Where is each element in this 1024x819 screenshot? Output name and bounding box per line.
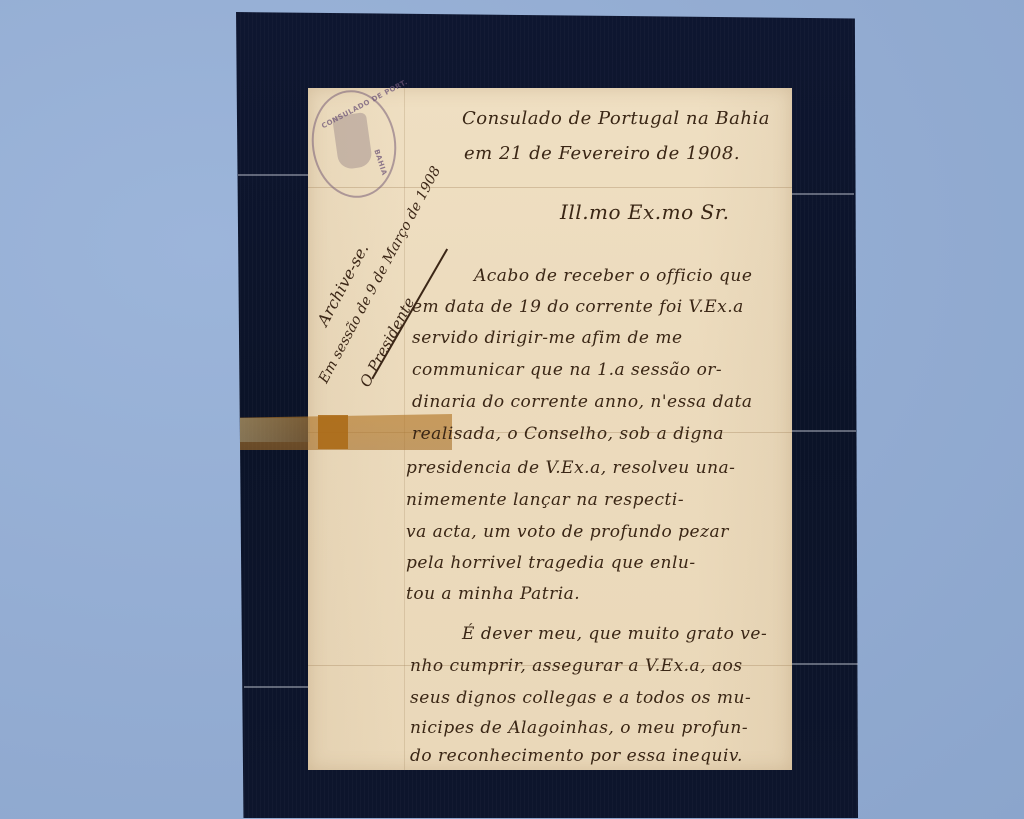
letter-body-line: servido dirigir-me afim de me bbox=[412, 328, 683, 348]
letter-body-line: presidencia de V.Ex.a, resolveu una- bbox=[406, 458, 735, 478]
mat-crease-top-left bbox=[238, 174, 308, 176]
letter-body-line: em data de 19 do corrente foi V.Ex.a bbox=[412, 297, 744, 317]
mat-crease-bottom-right bbox=[792, 663, 858, 665]
letter-body-line: realisada, o Conselho, sob a digna bbox=[412, 424, 724, 444]
letter-body-line: nho cumprir, assegurar a V.Ex.a, aos bbox=[410, 656, 743, 676]
letter-body-line: do reconhecimento por essa inequiv. bbox=[410, 746, 743, 766]
letter-body-line: Acabo de receber o officio que bbox=[474, 266, 752, 286]
stamp-text-bottom: BAHIA bbox=[372, 148, 388, 176]
tape-patch bbox=[318, 415, 348, 449]
letter-body-line: nimemente lançar na respecti- bbox=[406, 490, 684, 510]
letter-body-line: communicar que na 1.a sessão or- bbox=[412, 360, 722, 380]
tape-residue bbox=[240, 418, 310, 442]
letter-salutation: Ill.mo Ex.mo Sr. bbox=[560, 200, 729, 224]
letter-body-line: dinaria do corrente anno, n'essa data bbox=[412, 392, 753, 412]
mat-crease-top-right bbox=[792, 193, 854, 195]
letter-heading-line2: em 21 de Fevereiro de 1908. bbox=[464, 143, 740, 164]
letter-heading-line1: Consulado de Portugal na Bahia bbox=[462, 108, 770, 129]
letter-body-line: tou a minha Patria. bbox=[406, 584, 580, 604]
letter-body-line: É dever meu, que muito grato ve- bbox=[462, 624, 767, 644]
letter-body-line: seus dignos collegas e a todos os mu- bbox=[410, 688, 751, 708]
letter-body-line: nicipes de Alagoinhas, o meu profun- bbox=[410, 718, 748, 738]
mat-crease-bottom-left bbox=[244, 686, 308, 688]
mat-crease-mid-right bbox=[792, 430, 856, 432]
letter-body-line: pela horrivel tragedia que enlu- bbox=[406, 553, 696, 573]
letter-body-line: va acta, um voto de profundo pezar bbox=[406, 522, 729, 542]
